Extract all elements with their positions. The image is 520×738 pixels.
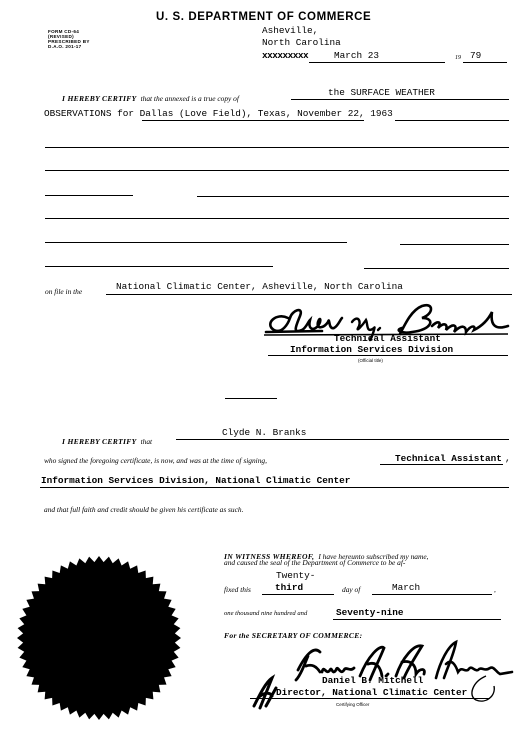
blank-line	[364, 268, 509, 269]
blank-line	[45, 242, 347, 243]
day-underline	[262, 594, 334, 595]
certify-intro-2: I HEREBY CERTIFY that	[62, 431, 152, 449]
on-file-label: on file in the	[45, 287, 82, 296]
year-underline-witness	[333, 619, 501, 620]
witness-text-2: and caused the seal of the Department of…	[224, 558, 405, 567]
certifying-signer-name: Daniel B. Mitchell	[322, 675, 423, 686]
position-line-1: Technical Assistant	[395, 453, 502, 464]
month-underline	[372, 594, 492, 595]
official-title-underline	[268, 355, 508, 356]
witness-year-value: Seventy-nine	[336, 607, 404, 618]
agency-heading: U. S. DEPARTMENT OF COMMERCE	[156, 11, 371, 23]
certifying-underline	[250, 698, 490, 699]
department-seal	[14, 553, 184, 723]
blank-line	[45, 218, 509, 219]
signed-foregoing-text: who signed the foregoing certificate, is…	[44, 456, 267, 465]
certify-2-lead-caps: I HEREBY CERTIFY	[62, 437, 137, 446]
certify-2-lead-text: that	[141, 437, 153, 446]
form-identifier: FORM CD-64 (REVISED) PRESCRIBED BY D.A.O…	[48, 29, 90, 49]
blank-line	[45, 147, 509, 148]
certify-lead-caps: I HEREBY CERTIFY	[62, 94, 137, 103]
month-comma: ,	[494, 585, 496, 594]
blank-line	[197, 196, 509, 197]
witness-day-above: Twenty-	[276, 570, 315, 581]
header-year: 79	[470, 50, 481, 61]
certified-person-name: Clyde N. Branks	[222, 427, 306, 438]
position-line-2: Information Services Division, National …	[41, 475, 350, 486]
name-underline	[176, 439, 509, 440]
on-file-underline	[106, 294, 512, 295]
blank-line	[45, 195, 133, 196]
signer-title-2: Information Services Division	[290, 344, 453, 355]
fixed-this-label: fixed this	[224, 585, 251, 594]
header-date: March 23	[334, 50, 379, 61]
certify-lead-text: that the annexed is a true copy of	[141, 94, 239, 103]
header-state: North Carolina	[262, 37, 341, 48]
on-file-value: National Climatic Center, Asheville, Nor…	[116, 281, 403, 292]
header-year-prefix: 19	[455, 55, 461, 61]
copy-of-line-2: OBSERVATIONS for Dallas (Love Field), Te…	[44, 108, 393, 119]
witness-day-value: third	[275, 582, 303, 593]
year-label: one thousand nine hundred and	[224, 610, 307, 617]
blank-line	[45, 170, 509, 171]
form-dao-ref: D.A.O. 201-17	[48, 44, 90, 49]
position-line-1-comma: ,	[505, 453, 511, 464]
copy-of-underline	[291, 99, 509, 100]
full-faith-text: and that full faith and credit should be…	[44, 505, 243, 514]
year-underline	[463, 62, 507, 63]
header-struck-place: xxxxxxxxx	[262, 50, 308, 61]
signer-title-1: Technical Assistant	[334, 333, 441, 344]
certify-intro-1: I HEREBY CERTIFY that the annexed is a t…	[62, 88, 239, 106]
header-city: Asheville,	[262, 25, 318, 36]
certifying-officer-caption: Certifying Officer	[336, 702, 369, 707]
copy-of-line-2-underline-end	[395, 120, 509, 121]
certifying-signer-title: Director, National Climatic Center	[276, 687, 467, 698]
position-underline-1	[380, 464, 503, 465]
copy-of-line-2-underline	[142, 120, 364, 121]
day-of-label: day of	[342, 585, 360, 594]
separator-rule	[225, 398, 277, 399]
official-title-caption: (Official title)	[358, 358, 383, 363]
witness-month-value: March	[392, 582, 420, 593]
copy-of-line-1: the SURFACE WEATHER	[328, 87, 435, 98]
position-underline-2	[40, 487, 509, 488]
blank-line	[45, 266, 273, 267]
date-underline	[309, 62, 445, 63]
blank-line	[400, 244, 509, 245]
